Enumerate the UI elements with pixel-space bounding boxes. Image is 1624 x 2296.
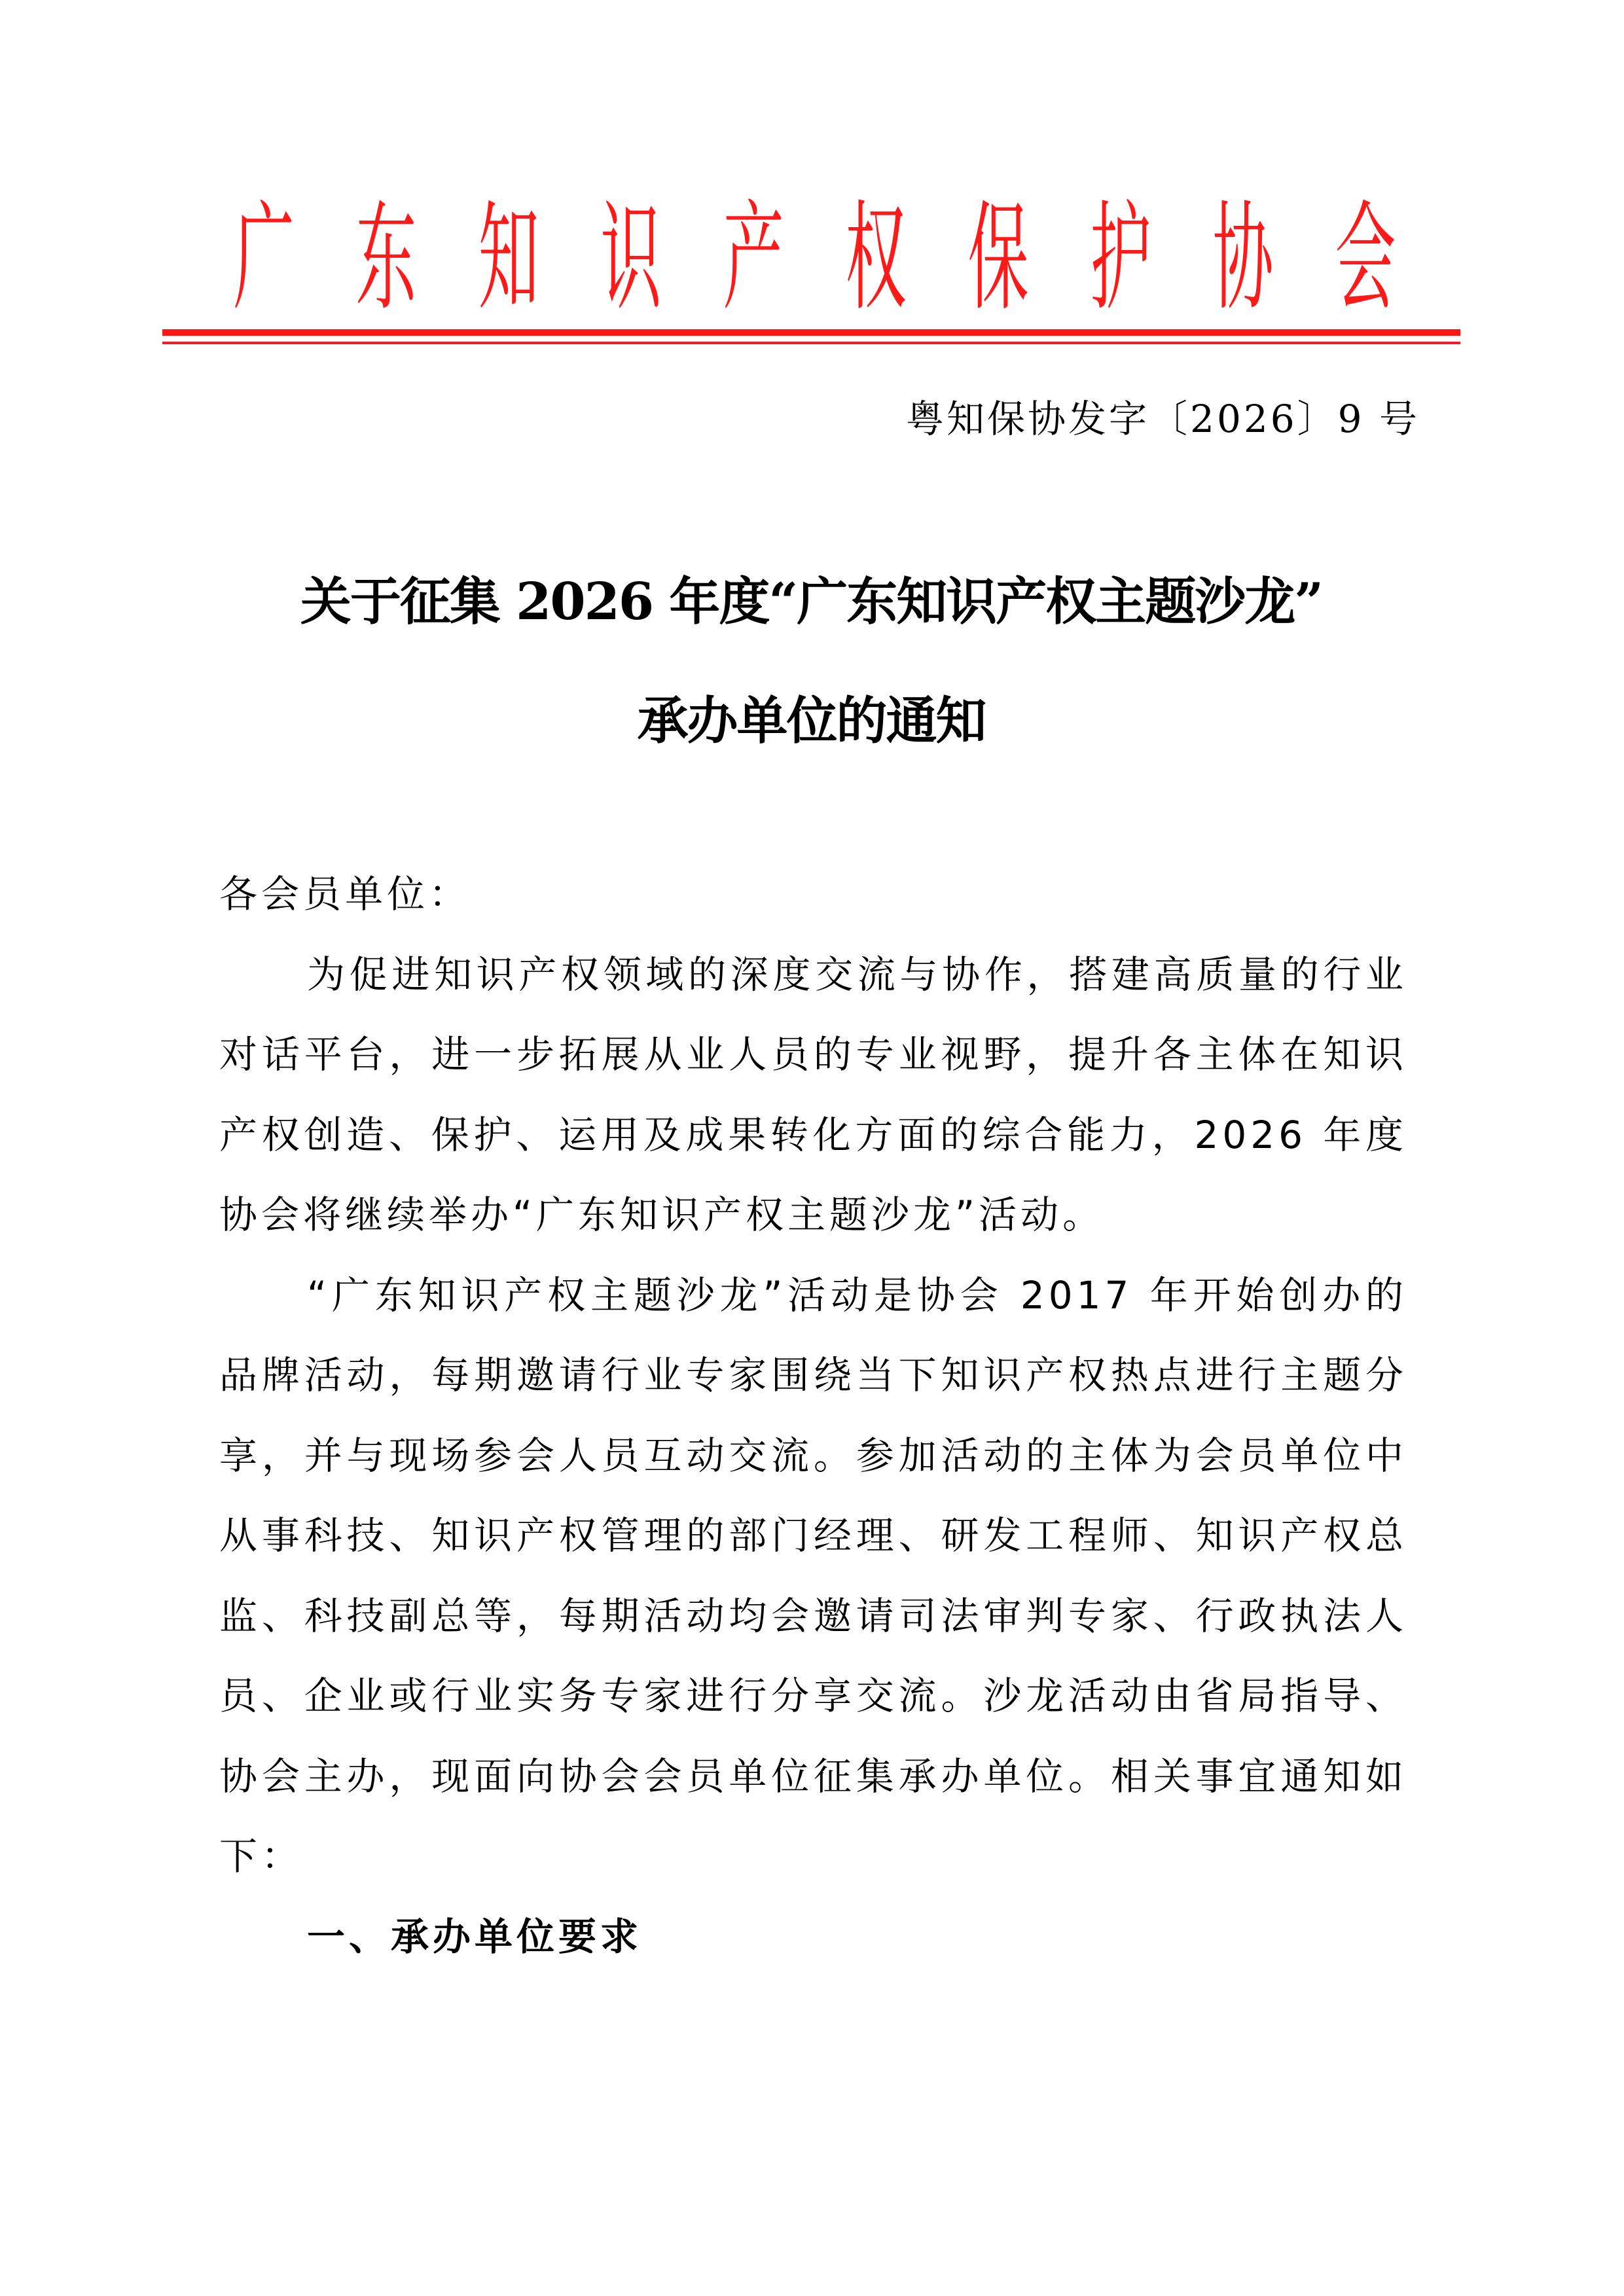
document-title-line-1: 关于征集 2026 年度“广东知识产权主题沙龙”	[162, 569, 1460, 635]
letterhead-char: 会	[1335, 192, 1396, 325]
letterhead-divider-thick	[162, 329, 1460, 336]
document-body: 各会员单位： 为促进知识产权领域的深度交流与协作，搭建高质量的行业对话平台，进一…	[219, 854, 1407, 1977]
document-title-line-2: 承办单位的通知	[162, 689, 1460, 754]
letterhead-char: 东	[355, 192, 416, 325]
letterhead-char: 权	[845, 192, 906, 325]
body-paragraph: 为促进知识产权领域的深度交流与协作，搭建高质量的行业对话平台，进一步拓展从业人员…	[219, 935, 1407, 1255]
letterhead-char: 广	[234, 192, 295, 325]
letterhead-char: 产	[723, 192, 784, 325]
letterhead-char: 护	[1090, 192, 1151, 325]
letterhead-char: 知	[478, 192, 539, 325]
letterhead-char: 识	[600, 192, 661, 325]
document-number: 粤知保协发字〔2026〕9 号	[906, 393, 1420, 445]
section-heading: 一、承办单位要求	[219, 1897, 1407, 1977]
letterhead-char: 保	[967, 192, 1028, 325]
body-paragraph: “广东知识产权主题沙龙”活动是协会 2017 年开始创办的品牌活动，每期邀请行业…	[219, 1255, 1407, 1897]
salutation: 各会员单位：	[219, 854, 1407, 935]
letterhead: 广 东 知 识 产 权 保 护 协 会	[162, 190, 1460, 327]
letterhead-char: 协	[1212, 192, 1273, 325]
letterhead-divider-thin	[162, 342, 1460, 344]
